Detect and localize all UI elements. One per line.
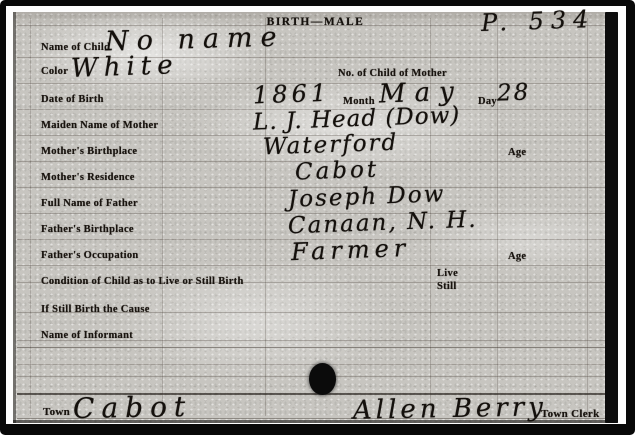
rule-line-horizontal-heavy [17,347,605,348]
label-mothers-residence: Mother's Residence [41,172,135,183]
label-fathers-age: Age [508,251,526,262]
value-birth-year: 1861 [253,79,331,110]
rule-line-vertical [587,18,588,416]
rule-line-vertical [497,18,498,416]
rule-line-horizontal [17,364,605,365]
page-number: P. 534 [481,5,596,37]
label-maiden-name-of-mother: Maiden Name of Mother [41,120,158,131]
label-full-name-of-father: Full Name of Father [41,198,138,209]
label-live: Live [437,268,458,279]
label-still-birth-cause: If Still Birth the Cause [41,304,150,315]
hole-punch [309,363,336,395]
value-fathers-occupation: Farmer [291,234,411,266]
birth-record-card: BIRTH—MALE P. 534 Name of Child No name … [13,12,618,423]
value-town: Cabot [73,390,193,425]
label-town-clerk: Town Clerk [541,408,600,420]
value-birth-day: 28 [497,79,531,106]
clerk-signature: Allen Berry [353,392,547,425]
label-town: Town [43,406,70,418]
value-color: White [71,50,180,84]
label-name-of-informant: Name of Informant [41,330,133,341]
rule-line-vertical [265,18,266,416]
label-condition-of-child: Condition of Child as to Live or Still B… [41,276,244,287]
label-mothers-birthplace: Mother's Birthplace [41,146,137,157]
label-color: Color [41,66,68,77]
scan-frame: BIRTH—MALE P. 534 Name of Child No name … [0,0,635,435]
label-still: Still [437,281,457,292]
label-name-of-child: Name of Child [41,42,110,53]
rule-line-vertical [30,18,31,416]
value-mothers-residence: Cabot [295,157,380,186]
label-day: Day [478,96,497,107]
label-mothers-age: Age [508,147,526,158]
label-fathers-birthplace: Father's Birthplace [41,224,134,235]
card-right-edge-bar [605,12,618,423]
label-fathers-occupation: Father's Occupation [41,250,139,261]
label-date-of-birth: Date of Birth [41,94,104,105]
